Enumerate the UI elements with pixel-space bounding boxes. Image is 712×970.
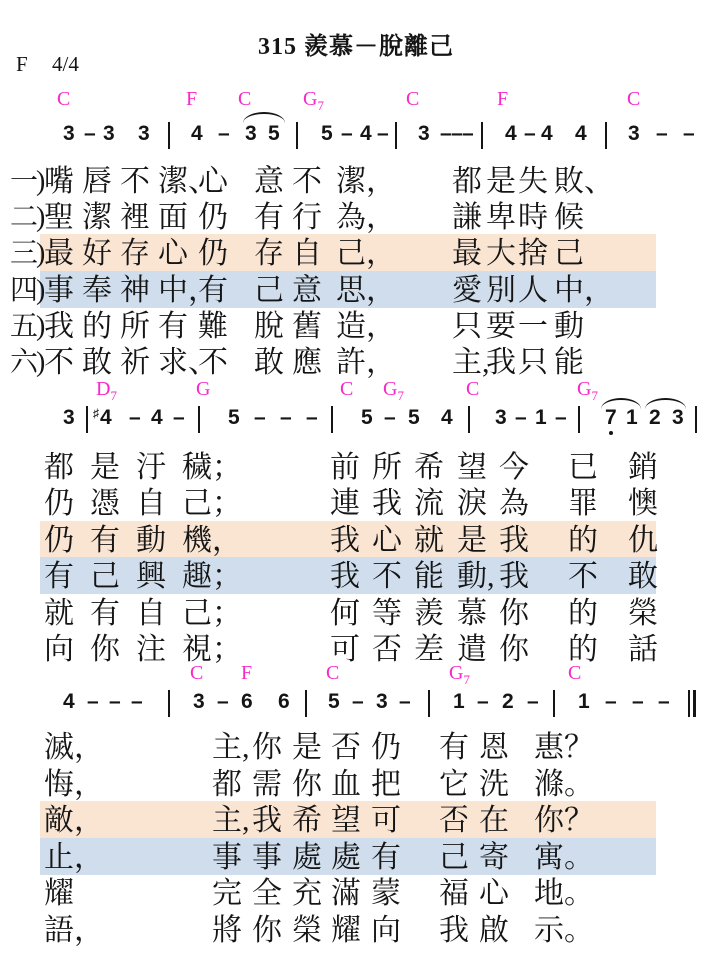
lyric-char: 所 <box>120 309 150 344</box>
note-token: 4 <box>191 122 203 146</box>
note-token: – <box>399 690 411 714</box>
lyric-char: 中， <box>554 273 614 308</box>
verse-number: 六) <box>10 345 43 381</box>
lyric-char: 福 <box>439 876 469 911</box>
verse-number: 三) <box>10 236 43 272</box>
lyric-char: 要 <box>486 309 516 344</box>
lyric-char: 心 <box>372 523 402 558</box>
note-token: 5 <box>408 406 420 430</box>
lyric-char: 的 <box>568 632 598 667</box>
lyric-char: 我 <box>330 523 360 558</box>
verse-number: 一) <box>10 164 43 200</box>
lyric-char: 你 <box>90 632 120 667</box>
hymn-sheet: 315 羨慕－脫離己 F 4/4 CFCG7CFC3–334–355–4–3––… <box>0 0 712 970</box>
lyric-char: 自 <box>292 236 322 271</box>
chord-label: F <box>497 88 508 111</box>
lyric-char: 仍 <box>198 200 228 235</box>
lyric-char: 完 <box>212 876 242 911</box>
lyric-char: 不 <box>120 164 150 199</box>
lyric-char: 今 <box>499 450 529 485</box>
note-token: 5 <box>321 122 333 146</box>
note-token: 2 <box>502 690 514 714</box>
lyric-char: 洗 <box>479 767 509 802</box>
lyric-char: 我 <box>372 486 402 521</box>
lyric-char: 我 <box>499 523 529 558</box>
lyric-char: 寓。 <box>534 840 594 875</box>
lyric-char: 汙 <box>136 450 166 485</box>
lyric-char: 滌。 <box>534 767 594 802</box>
note-token: 3 <box>376 690 388 714</box>
lyric-char: 動 <box>136 523 166 558</box>
barline <box>553 690 555 717</box>
lyric-char: 能 <box>414 559 444 594</box>
lyric-char: 所 <box>372 450 402 485</box>
barline <box>305 690 307 717</box>
lyric-char: 血 <box>331 767 361 802</box>
lyric-char: 有 <box>198 273 228 308</box>
barline <box>695 406 697 433</box>
chord-label: G7 <box>577 378 598 401</box>
note-token: – <box>131 690 143 714</box>
barline <box>605 122 607 149</box>
barline <box>168 690 170 717</box>
lyric-char: 都 <box>452 164 482 199</box>
lyric-char: 能 <box>554 345 584 380</box>
barline <box>395 122 397 149</box>
note-token: 5 <box>361 406 373 430</box>
lyric-char: 否 <box>331 730 361 765</box>
lyric-char: 你 <box>499 596 529 631</box>
lyric-char: 注 <box>136 632 166 667</box>
lyric-char: 滿 <box>331 876 361 911</box>
lyric-char: 脫 <box>254 309 284 344</box>
lyric-char: 我 <box>499 559 529 594</box>
lyric-char: 前 <box>330 450 360 485</box>
lyric-char: 恩 <box>479 730 509 765</box>
lyric-char: 奉 <box>82 273 112 308</box>
lyric-char: 你？ <box>534 803 594 838</box>
chord-label: F <box>241 662 252 685</box>
lyric-char: 己； <box>182 486 242 521</box>
lyric-char: 我 <box>252 803 282 838</box>
lyric-char: 你 <box>292 767 322 802</box>
lyric-char: 舊 <box>292 309 322 344</box>
note-token: – <box>109 690 121 714</box>
lyric-char: 潔， <box>336 164 396 199</box>
lyric-char: 敵， <box>44 803 104 838</box>
lyric-char: 謙 <box>452 200 482 235</box>
note-token: – <box>658 690 670 714</box>
lyric-char: 仍 <box>44 486 74 521</box>
note-token: 6 <box>278 690 290 714</box>
note-token: – <box>87 690 99 714</box>
low-octave-dot <box>609 431 613 435</box>
lyric-char: 有 <box>254 200 284 235</box>
lyric-char: 心 <box>158 236 188 271</box>
note-token: – <box>656 122 668 146</box>
note-token: 7 <box>605 406 617 430</box>
lyric-char: 心 <box>479 876 509 911</box>
lyric-char: 造， <box>336 309 396 344</box>
note-token: 3 <box>672 406 684 430</box>
lyric-char: 時 <box>518 200 548 235</box>
chord-label: G7 <box>303 88 324 111</box>
lyric-char: 捨 <box>518 236 548 271</box>
lyric-char: 主, <box>452 345 490 380</box>
lyric-char: 有 <box>44 559 74 594</box>
lyric-char: 可 <box>330 632 360 667</box>
note-token: – <box>218 122 230 146</box>
lyric-char: 心 <box>198 164 228 199</box>
chord-label: C <box>406 88 419 111</box>
lyric-char: 罪 <box>568 486 598 521</box>
note-token: 4 <box>575 122 587 146</box>
lyric-char: 蒙 <box>371 876 401 911</box>
lyric-char: 仍 <box>198 236 228 271</box>
barline <box>86 406 88 433</box>
barline <box>468 406 470 433</box>
lyric-char: 好 <box>82 236 112 271</box>
lyric-char: 把 <box>371 767 401 802</box>
lyric-char: 我 <box>44 309 74 344</box>
barline <box>481 122 483 149</box>
lyric-char: 不 <box>292 164 322 199</box>
slur-arc <box>645 398 686 409</box>
lyric-char: 只 <box>518 345 548 380</box>
lyric-char: 事 <box>44 273 74 308</box>
lyric-char: 是 <box>90 450 120 485</box>
lyric-char: 敢 <box>628 559 658 594</box>
lyric-char: 唇 <box>82 164 112 199</box>
chord-seventh: 7 <box>463 672 470 687</box>
lyric-char: 不 <box>44 345 74 380</box>
lyric-char: 行 <box>292 200 322 235</box>
note-token: 4 <box>541 122 553 146</box>
note-token: – <box>306 406 318 430</box>
slur-arc <box>243 112 285 123</box>
lyric-char: 向 <box>44 632 74 667</box>
note-token: 5 <box>328 690 340 714</box>
final-barline <box>693 690 696 717</box>
lyric-char: 語， <box>44 913 104 948</box>
lyric-char: 它 <box>439 767 469 802</box>
lyric-char: 就 <box>44 596 74 631</box>
note-token: 3 <box>103 122 115 146</box>
lyric-char: 仍 <box>371 730 401 765</box>
lyric-char: 難 <box>198 309 228 344</box>
lyric-char: 銷 <box>628 450 658 485</box>
barline <box>296 122 298 149</box>
lyric-char: 啟 <box>479 913 509 948</box>
lyric-char: 是 <box>486 164 516 199</box>
barline <box>578 406 580 433</box>
lyric-char: 為 <box>499 486 529 521</box>
lyric-char: 己 <box>439 840 469 875</box>
lyric-char: 全 <box>252 876 282 911</box>
chord-label: C <box>57 88 70 111</box>
lyric-char: 耀 <box>44 876 74 911</box>
lyric-char: 你 <box>499 632 529 667</box>
lyric-char: 己 <box>254 273 284 308</box>
verse-number: 五) <box>10 309 43 345</box>
lyric-char: 我 <box>439 913 469 948</box>
lyric-char: 嘴 <box>44 164 74 199</box>
lyric-char: 祈 <box>120 345 150 380</box>
chord-seventh: 7 <box>110 388 117 403</box>
lyric-char: 只 <box>452 309 482 344</box>
note-token: 3 <box>628 122 640 146</box>
lyric-char: 大 <box>486 236 516 271</box>
lyric-char: 的 <box>568 596 598 631</box>
lyric-char: 有 <box>90 523 120 558</box>
note-token: – <box>462 122 474 146</box>
lyric-char: 處 <box>292 840 322 875</box>
barline <box>688 690 690 717</box>
lyric-char: 悔， <box>44 767 104 802</box>
lyric-char: 的 <box>568 523 598 558</box>
lyric-char: 淚 <box>457 486 487 521</box>
lyric-char: 已 <box>568 450 598 485</box>
lyric-char: 都 <box>44 450 74 485</box>
note-token: 5 <box>228 406 240 430</box>
lyric-char: 憑 <box>90 486 120 521</box>
lyric-char: 連 <box>330 486 360 521</box>
note-token: 3 <box>495 406 507 430</box>
lyric-char: 慕 <box>457 596 487 631</box>
lyric-char: 聖 <box>44 200 74 235</box>
lyric-char: 敗、 <box>554 164 614 199</box>
note-token: 5 <box>268 122 280 146</box>
lyric-char: 主, <box>212 730 250 765</box>
slur-arc <box>601 398 641 409</box>
note-token: 2 <box>649 406 661 430</box>
lyric-char: 充 <box>292 876 322 911</box>
lyric-char: 榮 <box>292 913 322 948</box>
note-token: 3 <box>63 122 75 146</box>
lyric-char: 穢； <box>182 450 242 485</box>
lyric-char: 一 <box>518 309 548 344</box>
lyric-char: 卑 <box>486 200 516 235</box>
lyric-char: 動, <box>457 559 495 594</box>
lyric-char: 存 <box>120 236 150 271</box>
lyric-char: 都 <box>212 767 242 802</box>
lyric-char: 流 <box>414 486 444 521</box>
lyric-char: 不 <box>372 559 402 594</box>
note-token: 1 <box>626 406 638 430</box>
lyric-char: 處 <box>331 840 361 875</box>
lyric-char: 面 <box>158 200 188 235</box>
lyric-char: 就 <box>414 523 444 558</box>
lyric-char: 的 <box>82 309 112 344</box>
lyric-char: 失 <box>518 164 548 199</box>
barline <box>168 122 170 149</box>
note-token: – <box>173 406 185 430</box>
lyric-char: 有 <box>90 596 120 631</box>
lyric-char: 自 <box>136 486 166 521</box>
chord-label: G7 <box>383 378 404 401</box>
lyric-char: 將 <box>212 913 242 948</box>
lyric-char: 何 <box>330 596 360 631</box>
lyric-char: 思， <box>336 273 396 308</box>
lyric-char: 我 <box>330 559 360 594</box>
lyric-char: 不 <box>198 345 228 380</box>
note-token: – <box>280 406 292 430</box>
lyric-char: 為， <box>336 200 396 235</box>
note-token: 4 <box>441 406 453 430</box>
lyric-char: 主, <box>212 803 250 838</box>
lyric-char: 自 <box>136 596 166 631</box>
key-signature: F <box>16 52 28 77</box>
lyric-char: 否 <box>439 803 469 838</box>
lyric-char: 是 <box>292 730 322 765</box>
sharp-icon: ♯ <box>93 406 99 420</box>
lyric-char: 視； <box>182 632 242 667</box>
lyric-char: 希 <box>414 450 444 485</box>
note-token: 3 <box>63 406 75 430</box>
lyric-char: 仍 <box>44 523 74 558</box>
note-token: 4 <box>360 122 372 146</box>
lyric-char: 是 <box>457 523 487 558</box>
lyric-char: 神 <box>120 273 150 308</box>
note-token: – <box>605 690 617 714</box>
note-token: – <box>477 690 489 714</box>
lyric-char: 最 <box>44 236 74 271</box>
lyric-char: 向 <box>371 913 401 948</box>
note-token: – <box>377 122 389 146</box>
lyric-char: 己； <box>182 596 242 631</box>
note-token: – <box>84 122 96 146</box>
note-token: 1 <box>578 690 590 714</box>
lyric-char: 在 <box>479 803 509 838</box>
note-token: 6 <box>241 690 253 714</box>
note-token: 1 <box>535 406 547 430</box>
note-token: – <box>555 406 567 430</box>
lyric-char: 候 <box>554 200 584 235</box>
lyric-char: 己 <box>90 559 120 594</box>
lyric-char: 愛 <box>452 273 482 308</box>
lyric-char: 你 <box>252 730 282 765</box>
barline <box>198 406 200 433</box>
lyric-char: 止， <box>44 840 104 875</box>
chord-label: C <box>466 378 479 401</box>
chord-label: C <box>627 88 640 111</box>
lyric-char: 最 <box>452 236 482 271</box>
chord-label: C <box>340 378 353 401</box>
note-token: 4 <box>151 406 163 430</box>
lyric-char: 懊 <box>628 486 658 521</box>
verse-number: 四) <box>10 273 43 309</box>
lyric-char: 興 <box>136 559 166 594</box>
lyric-char: 惠？ <box>534 730 594 765</box>
lyric-char: 別 <box>486 273 516 308</box>
lyric-char: 有 <box>439 730 469 765</box>
chord-label: G <box>196 378 210 401</box>
lyric-char: 許， <box>336 345 396 380</box>
time-signature: 4/4 <box>52 52 79 77</box>
lyric-char: 差 <box>414 632 444 667</box>
note-token: – <box>683 122 695 146</box>
note-token: – <box>451 122 463 146</box>
lyric-char: 不 <box>568 559 598 594</box>
lyric-char: 敢 <box>82 345 112 380</box>
note-token: 3 <box>138 122 150 146</box>
lyric-char: 事 <box>212 840 242 875</box>
lyric-char: 等 <box>372 596 402 631</box>
lyric-char: 事 <box>252 840 282 875</box>
lyric-char: 羨 <box>414 596 444 631</box>
lyric-char: 地。 <box>534 876 594 911</box>
note-token: 1 <box>453 690 465 714</box>
lyric-char: 需 <box>252 767 282 802</box>
note-token: 3 <box>245 122 257 146</box>
note-token: 4 <box>63 690 75 714</box>
note-token: – <box>515 406 527 430</box>
note-token: 4 <box>505 122 517 146</box>
lyric-char: 敢 <box>254 345 284 380</box>
lyric-char: 話 <box>628 632 658 667</box>
lyric-char: 裡 <box>120 200 150 235</box>
chord-seventh: 7 <box>317 98 324 113</box>
lyric-char: 仇 <box>628 523 658 558</box>
lyric-char: 寄 <box>479 840 509 875</box>
lyric-char: 趣； <box>182 559 242 594</box>
chord-label: C <box>238 88 251 111</box>
verse-number: 二) <box>10 200 43 236</box>
lyric-char: 可 <box>371 803 401 838</box>
barline <box>428 690 430 717</box>
lyric-char: 機， <box>182 523 242 558</box>
note-token: ♯4 <box>104 406 112 432</box>
lyric-char: 示。 <box>534 913 594 948</box>
lyric-char: 己 <box>554 236 584 271</box>
lyric-char: 己， <box>336 236 396 271</box>
lyric-char: 滅， <box>44 730 104 765</box>
lyric-char: 潔 <box>82 200 112 235</box>
chord-label: F <box>186 88 197 111</box>
note-token: – <box>352 690 364 714</box>
note-token: – <box>254 406 266 430</box>
note-token: – <box>632 690 644 714</box>
lyric-char: 遣 <box>457 632 487 667</box>
chord-seventh: 7 <box>591 388 598 403</box>
lyric-char: 人 <box>518 273 548 308</box>
chord-label: D7 <box>96 378 117 401</box>
lyric-char: 榮 <box>628 596 658 631</box>
note-token: 3 <box>418 122 430 146</box>
note-token: – <box>384 406 396 430</box>
lyric-char: 望 <box>457 450 487 485</box>
lyric-char: 動 <box>554 309 584 344</box>
lyric-char: 意 <box>292 273 322 308</box>
lyric-char: 你 <box>252 913 282 948</box>
note-token: – <box>217 690 229 714</box>
note-token: – <box>440 122 452 146</box>
note-token: – <box>341 122 353 146</box>
lyric-char: 否 <box>372 632 402 667</box>
note-token: – <box>527 690 539 714</box>
note-token: – <box>129 406 141 430</box>
lyric-char: 希 <box>292 803 322 838</box>
lyric-char: 有 <box>158 309 188 344</box>
barline <box>331 406 333 433</box>
lyric-char: 耀 <box>331 913 361 948</box>
lyric-char: 意 <box>254 164 284 199</box>
note-token: – <box>524 122 536 146</box>
lyric-char: 我 <box>486 345 516 380</box>
lyric-char: 應 <box>292 345 322 380</box>
hymn-title: 315 羨慕－脫離己 <box>0 26 712 61</box>
chord-seventh: 7 <box>397 388 404 403</box>
